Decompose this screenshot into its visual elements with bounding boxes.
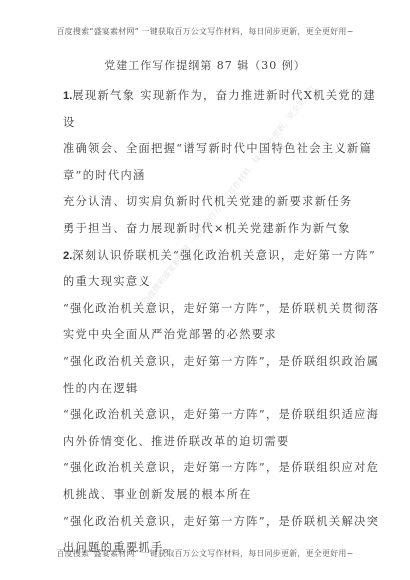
- text-line: 性的内在逻辑: [63, 382, 353, 409]
- page-header: 百度搜索“盛宴素材网” 一键获取百万公文写作材料，每日同步更新，更全更好用~: [0, 26, 410, 37]
- section-2-heading-line-2: 的重大现实意义: [63, 275, 353, 302]
- text-line: “强化政治机关意识，走好第一方阵”，是侨联机关解决突: [63, 515, 353, 542]
- page-footer: 百度搜索“盛宴素材网” 一键获取百万公文写作材料，每日同步更新，更全更好用~: [0, 548, 410, 559]
- section-2-heading-line-1: 2.深刻认识侨联机关“强化政治机关意识，走好第一方阵”: [63, 249, 353, 276]
- section-number: 1.: [63, 90, 72, 102]
- text-line: 章”的时代内涵: [63, 169, 353, 196]
- document-title: 党建工作写作提纲第 87 辑（30 例）: [0, 57, 410, 73]
- text-line: 深刻认识侨联机关“强化政治机关意识，走好第一方阵”: [72, 249, 376, 262]
- text-line: “强化政治机关意识，走好第一方阵”，是侨联组织适应海: [63, 408, 353, 435]
- text-line: 内外侨情变化、推进侨联改革的迫切需要: [63, 435, 353, 462]
- text-line: 机挑战、事业创新发展的根本所在: [63, 488, 353, 515]
- text-line: 展现新气象 实现新作为，奋力推进新时代X机关党的建: [72, 89, 376, 102]
- text-line: “强化政治机关意识，走好第一方阵”，是侨联组织政治属: [63, 355, 353, 382]
- text-line: 准确领会、全面把握“谱写新时代中国特色社会主义新篇: [63, 142, 353, 169]
- section-number: 2.: [63, 250, 72, 262]
- text-line: 实党中央全面从严治党部署的必然要求: [63, 328, 353, 355]
- section-1-heading-line-2: 设: [63, 116, 353, 143]
- document-body: 1.展现新气象 实现新作为，奋力推进新时代X机关党的建 设 准确领会、全面把握“…: [63, 89, 353, 568]
- text-line: “强化政治机关意识，走好第一方阵”，是侨联机关贯彻落: [63, 302, 353, 329]
- text-line: “强化政治机关意识，走好第一方阵”，是侨联组织应对危: [63, 461, 353, 488]
